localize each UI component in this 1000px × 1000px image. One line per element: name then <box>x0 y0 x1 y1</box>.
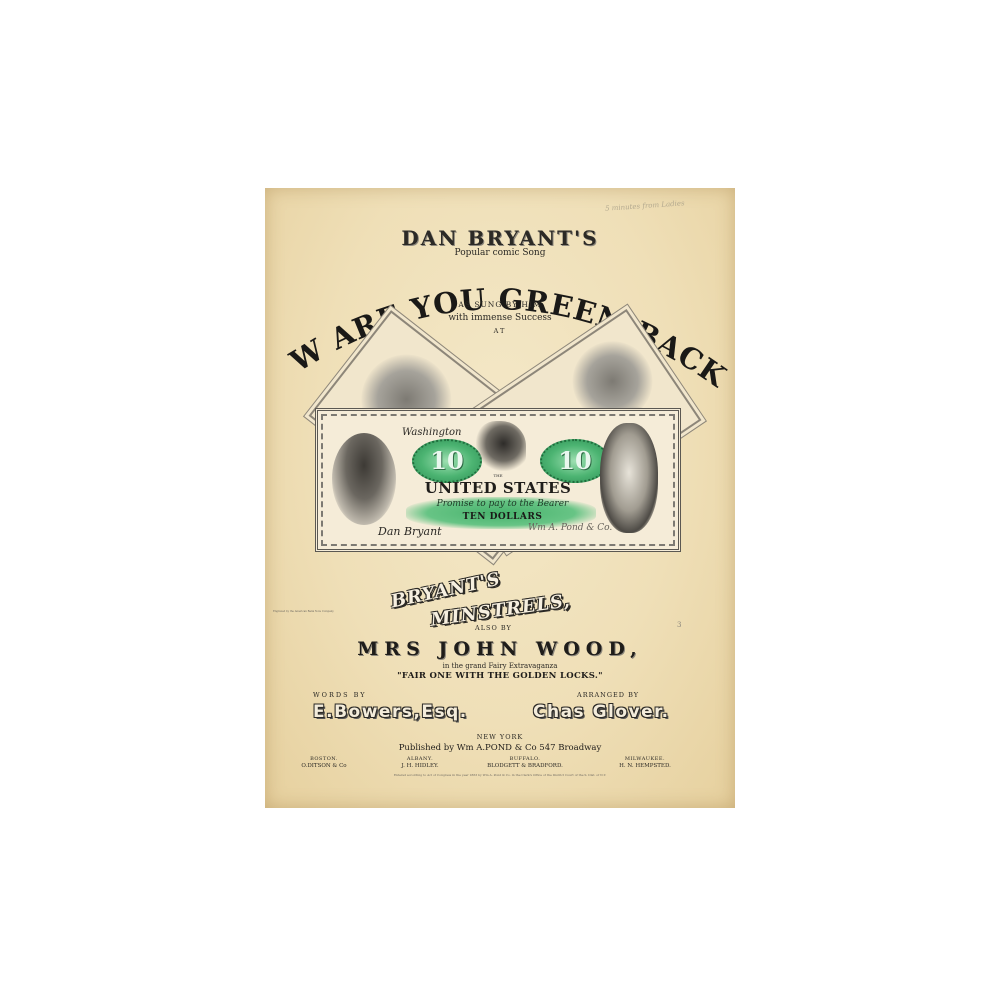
at-line: AT <box>265 327 735 335</box>
banknote-illustration: Washington 10 10 THE UNITED STATES Promi… <box>315 408 681 552</box>
arranger: Chas Glover. <box>533 702 670 722</box>
price-mark: 3 <box>677 621 681 629</box>
agent-name: H. N. HEMPSTED. <box>590 763 700 769</box>
eagle-vignette <box>476 421 526 471</box>
also-by: ALSO BY <box>475 624 512 632</box>
agent-name: J. H. HIDLEY. <box>365 763 475 769</box>
banknote-issuer: UNITED STATES <box>403 479 593 497</box>
banknote-amount: TEN DOLLARS <box>410 512 595 522</box>
words-label: WORDS BY <box>313 691 367 699</box>
engraver-credit: Engraved by the American Bank Note Compa… <box>273 610 334 613</box>
pencil-annotation: 5 minutes from Ladies <box>605 199 685 213</box>
sung-by-line: AS SUNG BY HIM <box>265 300 735 309</box>
show-title: "FAIR ONE WITH THE GOLDEN LOCKS." <box>265 671 735 681</box>
performer-heading: DAN BRYANT'S <box>265 226 735 250</box>
portrait-vignette <box>332 433 396 525</box>
extravaganza-line: in the grand Fairy Extravaganza <box>265 662 735 670</box>
publisher-line: Published by Wm A.POND & Co 547 Broadway <box>265 743 735 753</box>
also-performer: MRS JOHN WOOD, <box>265 638 735 660</box>
success-line: with immense Success <box>265 313 735 323</box>
signature-left: Dan Bryant <box>378 525 442 538</box>
banknote-promise: Promise to pay to the Bearer <box>410 499 595 509</box>
signature-right: Wm A. Pond & Co. <box>528 523 612 533</box>
agent-city: BUFFALO. <box>470 756 580 762</box>
agent-city: BOSTON. <box>269 756 379 762</box>
agent-name: O.DITSON & Co <box>269 763 379 769</box>
agent-name: BLODGETT & BRADFORD. <box>470 763 580 769</box>
sheet-music-cover: 5 minutes from Ladies DAN BRYANT'S Popul… <box>265 188 735 808</box>
copyright-entry: Entered according to Act of Congress in … <box>265 773 735 777</box>
banknote-the: THE <box>403 473 593 478</box>
publisher-city: NEW YORK <box>265 733 735 741</box>
liberty-figure-vignette <box>600 423 658 533</box>
arranged-label: ARRANGED BY <box>577 691 639 699</box>
lyricist: E.Bowers,Esq. <box>313 702 468 722</box>
agent-city: MILWAUKEE. <box>590 756 700 762</box>
banknote-place: Washington <box>402 427 461 438</box>
agent-city: ALBANY. <box>365 756 475 762</box>
